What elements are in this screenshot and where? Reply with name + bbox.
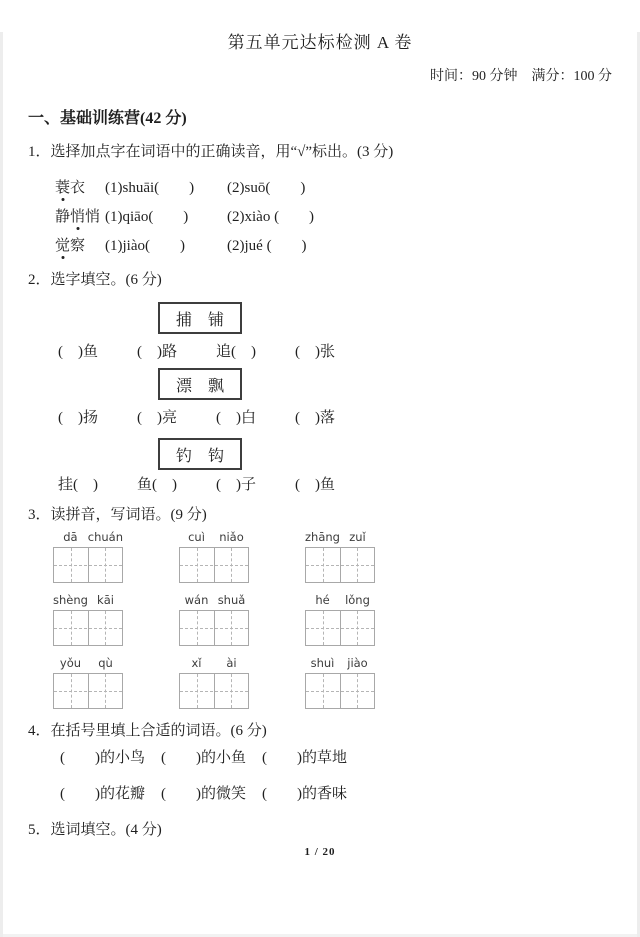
pinyin-label: shèngkāi <box>53 593 123 608</box>
pinyin-syllable: dā <box>53 530 88 545</box>
grid-cell <box>215 611 249 645</box>
section-heading: 一、基础训练营(42 分) <box>28 108 612 129</box>
grid-cell <box>215 674 249 708</box>
grid-cell <box>341 548 375 582</box>
writing-grid-row: shèngkāi wánshuǎ hélǒng <box>53 593 612 646</box>
blank-item: ( )鱼 <box>295 475 335 495</box>
exam-page: 第五单元达标检测 A 卷 时间：90 分钟 满分：100 分 一、基础训练营(4… <box>0 32 640 937</box>
pinyin-syllable: qù <box>88 656 123 671</box>
question-2-label: 2．选字填空。(6 分) <box>28 270 612 291</box>
char-choice-box: 漂 飘 <box>158 368 242 400</box>
phrase-blank: ( )的香味 <box>262 784 347 804</box>
question-3-label: 3．读拼音，写词语。(9 分) <box>28 505 612 526</box>
word-char: 悄 <box>85 209 100 225</box>
word-writing-unit: wánshuǎ <box>179 593 249 646</box>
pinyin-label: yǒuqù <box>53 656 123 671</box>
grid-cell <box>180 548 215 582</box>
char-choice-pair: 漂 飘 <box>176 373 224 396</box>
pinyin-label: wánshuǎ <box>179 593 249 608</box>
phrase-blank-row: ( )的花瓣( )的微笑( )的香味 <box>60 784 612 804</box>
char-choice-pair: 钓 钩 <box>176 443 224 466</box>
writing-grid <box>305 547 375 583</box>
grid-cell <box>180 611 215 645</box>
char-choice-box: 钓 钩 <box>158 438 242 470</box>
pinyin-syllable: shèng <box>53 593 88 608</box>
grid-cell <box>54 548 89 582</box>
blank-item: ( )路 <box>137 342 216 362</box>
pronunciation-row: 静悄悄 (1)qiāo( ) (2)xiào ( ) <box>55 204 612 226</box>
question-5-label: 5．选词填空。(4 分) <box>28 820 612 841</box>
phrase-blank: ( )的小鸟 <box>60 748 161 768</box>
exam-time-score-meta: 时间：90 分钟 满分：100 分 <box>28 68 612 86</box>
grid-cell <box>89 611 123 645</box>
word-writing-unit: dāchuán <box>53 530 123 583</box>
pinyin-label: cuìniǎo <box>179 530 249 545</box>
phrase-blank-row: ( )的小鸟( )的小鱼( )的草地 <box>60 748 612 768</box>
grid-cell <box>306 548 341 582</box>
word-writing-unit: xǐài <box>179 656 249 709</box>
grid-cell <box>54 611 89 645</box>
word-writing-unit: zhāngzuǐ <box>305 530 375 583</box>
grid-cell <box>180 674 215 708</box>
phrase-blank: ( )的小鱼 <box>161 748 262 768</box>
writing-grid <box>179 673 249 709</box>
grid-cell <box>89 548 123 582</box>
fill-blank-row: 挂( )鱼( )( )子( )鱼 <box>58 475 612 495</box>
blank-item: ( )鱼 <box>58 342 137 362</box>
pinyin-label: hélǒng <box>305 593 375 608</box>
writing-grid-row: dāchuán cuìniǎo zhāngzuǐ <box>53 530 612 583</box>
char-choice-pair: 捕 铺 <box>176 307 224 330</box>
word-char: 衣 <box>70 180 85 196</box>
target-word: 觉察 <box>55 234 105 255</box>
pinyin-syllable: hé <box>305 593 340 608</box>
word-char: 察 <box>70 238 85 254</box>
pronunciation-row: 觉察 (1)jiào( ) (2)jué ( ) <box>55 233 612 255</box>
writing-grid-row: yǒuqù xǐài shuìjiào <box>53 656 612 709</box>
blank-item: ( )张 <box>295 342 335 362</box>
target-word: 蓑衣 <box>55 176 105 197</box>
pronunciation-option-1: (1)jiào( ) <box>105 234 227 255</box>
word-writing-unit: shèngkāi <box>53 593 123 646</box>
fill-blank-row: ( )鱼( )路追( )( )张 <box>58 342 612 362</box>
question-1-label: 1．选择加点字在词语中的正确读音，用“√”标出。(3 分) <box>28 142 612 163</box>
word-writing-unit: hélǒng <box>305 593 375 646</box>
grid-cell <box>341 674 375 708</box>
grid-cell <box>215 548 249 582</box>
pinyin-syllable: jiào <box>340 656 375 671</box>
writing-grid <box>179 547 249 583</box>
writing-grid <box>305 673 375 709</box>
grid-cell <box>306 611 341 645</box>
dotted-char: 蓑 <box>55 176 70 197</box>
pinyin-syllable: kāi <box>88 593 123 608</box>
pinyin-syllable: chuán <box>88 530 123 545</box>
dotted-char: 觉 <box>55 234 70 255</box>
blank-item: 挂( ) <box>58 475 137 495</box>
pronunciation-option-2: (2)suō( ) <box>227 176 305 197</box>
word-char: 静 <box>55 209 70 225</box>
pinyin-syllable: zuǐ <box>340 530 375 545</box>
word-writing-unit: cuìniǎo <box>179 530 249 583</box>
pinyin-syllable: cuì <box>179 530 214 545</box>
pronunciation-option-2: (2)xiào ( ) <box>227 205 314 226</box>
pronunciation-option-1: (1)qiāo( ) <box>105 205 227 226</box>
char-choice-box: 捕 铺 <box>158 302 242 334</box>
pronunciation-option-1: (1)shuāi( ) <box>105 176 227 197</box>
writing-grid <box>305 610 375 646</box>
question-1-rows: 蓑衣 (1)shuāi( ) (2)suō( ) 静悄悄 (1)qiāo( ) … <box>55 175 612 255</box>
pinyin-syllable: niǎo <box>214 530 249 545</box>
blank-item: ( )落 <box>295 408 335 428</box>
word-writing-unit: shuìjiào <box>305 656 375 709</box>
writing-grid <box>179 610 249 646</box>
blank-item: ( )扬 <box>58 408 137 428</box>
pronunciation-option-2: (2)jué ( ) <box>227 234 307 255</box>
pinyin-syllable: xǐ <box>179 656 214 671</box>
writing-grid <box>53 610 123 646</box>
pinyin-label: dāchuán <box>53 530 123 545</box>
phrase-blank: ( )的微笑 <box>161 784 262 804</box>
grid-cell <box>89 674 123 708</box>
pinyin-label: xǐài <box>179 656 249 671</box>
footer-page-number: 1 / 20 <box>28 846 612 858</box>
fill-blank-row: ( )扬( )亮( )白( )落 <box>58 408 612 428</box>
page-title: 第五单元达标检测 A 卷 <box>28 32 612 54</box>
blank-item: 追( ) <box>216 342 295 362</box>
grid-cell <box>54 674 89 708</box>
writing-grid <box>53 673 123 709</box>
blank-item: ( )亮 <box>137 408 216 428</box>
blank-item: ( )白 <box>216 408 295 428</box>
pinyin-syllable: wán <box>179 593 214 608</box>
pinyin-syllable: ài <box>214 656 249 671</box>
word-writing-unit: yǒuqù <box>53 656 123 709</box>
pinyin-syllable: shuì <box>305 656 340 671</box>
pinyin-syllable: shuǎ <box>214 593 249 608</box>
dotted-char: 悄 <box>70 205 85 226</box>
pinyin-syllable: lǒng <box>340 593 375 608</box>
grid-cell <box>306 674 341 708</box>
phrase-blank: ( )的花瓣 <box>60 784 161 804</box>
writing-grid-area: dāchuán cuìniǎo zhāngzuǐ shèngkāi wánshu… <box>53 530 612 709</box>
pinyin-label: zhāngzuǐ <box>305 530 375 545</box>
target-word: 静悄悄 <box>55 205 105 226</box>
pronunciation-row: 蓑衣 (1)shuāi( ) (2)suō( ) <box>55 175 612 197</box>
grid-cell <box>341 611 375 645</box>
pinyin-label: shuìjiào <box>305 656 375 671</box>
question-4-label: 4．在括号里填上合适的词语。(6 分) <box>28 721 612 742</box>
pinyin-syllable: yǒu <box>53 656 88 671</box>
writing-grid <box>53 547 123 583</box>
blank-item: 鱼( ) <box>137 475 216 495</box>
phrase-blank: ( )的草地 <box>262 748 347 768</box>
pinyin-syllable: zhāng <box>305 530 340 545</box>
blank-item: ( )子 <box>216 475 295 495</box>
